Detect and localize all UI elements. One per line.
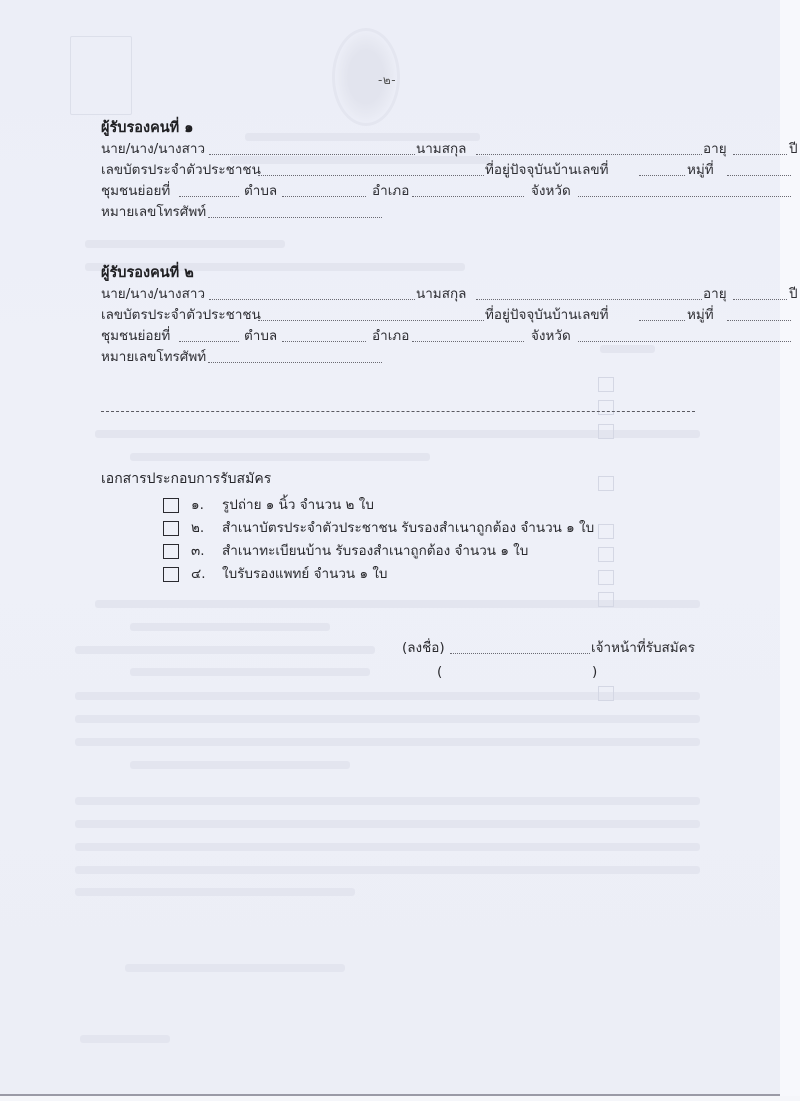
phone-label: หมายเลขโทรศัพท์ <box>101 347 206 368</box>
community-label: ชุมชนย่อยที่ <box>101 326 170 347</box>
ghost-text <box>75 738 700 746</box>
province-field[interactable] <box>578 341 791 342</box>
ghost-text <box>75 646 375 654</box>
address-label: ที่อยู่ปัจจุบันบ้านเลขที่ <box>485 305 609 326</box>
signature-field[interactable] <box>450 653 590 654</box>
document-text: รูปถ่าย ๑ นิ้ว จำนวน ๒ ใบ <box>222 495 374 516</box>
ghost-text <box>130 453 430 461</box>
ghost-text <box>130 623 330 631</box>
community-field[interactable] <box>179 341 239 342</box>
district-field[interactable] <box>412 196 524 197</box>
subdistrict-label: ตำบล <box>244 181 277 202</box>
district-label: อำเภอ <box>372 326 409 347</box>
checkbox[interactable] <box>163 567 179 582</box>
name-row: นาย/นาง/นางสาว นามสกุล อายุ ปี <box>101 139 194 160</box>
checkbox[interactable] <box>163 521 179 536</box>
document-number: ๑. <box>191 495 204 516</box>
subdistrict-field[interactable] <box>282 341 366 342</box>
surname-label: นามสกุล <box>416 284 466 305</box>
id-label: เลขบัตรประจำตัวประชาชน <box>101 160 261 181</box>
ghost-checkbox <box>598 686 614 701</box>
page-number: -๒- <box>378 71 396 90</box>
subdistrict-label: ตำบล <box>244 326 277 347</box>
district-field[interactable] <box>412 341 524 342</box>
ghost-checkbox <box>598 570 614 585</box>
name-label: นาย/นาง/นางสาว <box>101 284 205 305</box>
ghost-text <box>75 866 700 874</box>
locality-row: ชุมชนย่อยที่ ตำบล อำเภอ จังหวัด <box>101 326 194 347</box>
documents-title: เอกสารประกอบการรับสมัคร <box>101 468 271 490</box>
ghost-text <box>600 345 655 353</box>
phone-field[interactable] <box>208 362 382 363</box>
ghost-checkbox <box>598 400 614 415</box>
ghost-text <box>130 668 370 676</box>
close-paren: ) <box>592 664 597 680</box>
village-label: หมู่ที่ <box>687 160 714 181</box>
age-field[interactable] <box>733 299 787 300</box>
district-label: อำเภอ <box>372 181 409 202</box>
ghost-text <box>75 820 700 828</box>
ghost-text <box>130 761 350 769</box>
community-field[interactable] <box>179 196 239 197</box>
checkbox[interactable] <box>163 544 179 559</box>
ghost-text <box>75 715 700 723</box>
document-number: ๒. <box>191 518 204 539</box>
subdistrict-field[interactable] <box>282 196 366 197</box>
document-number: ๔. <box>191 564 206 585</box>
surname-field[interactable] <box>476 299 702 300</box>
ghost-text <box>75 843 700 851</box>
province-field[interactable] <box>578 196 791 197</box>
endorser-2-section: ผู้รับรองคนที่ ๒ นาย/นาง/นางสาว นามสกุล … <box>101 262 194 368</box>
endorser-2-title: ผู้รับรองคนที่ ๒ <box>101 262 194 284</box>
ghost-checkbox <box>598 476 614 491</box>
village-field[interactable] <box>727 320 791 321</box>
age-field[interactable] <box>733 154 787 155</box>
ghost-text <box>85 240 285 248</box>
village-field[interactable] <box>727 175 791 176</box>
phone-row: หมายเลขโทรศัพท์ <box>101 347 194 368</box>
ghost-checkbox <box>598 547 614 562</box>
id-label: เลขบัตรประจำตัวประชาชน <box>101 305 261 326</box>
address-field[interactable] <box>639 175 685 176</box>
signature-role: เจ้าหน้าที่รับสมัคร <box>591 638 695 659</box>
ghost-checkbox <box>598 592 614 607</box>
name-row: นาย/นาง/นางสาว นามสกุล อายุ ปี <box>101 284 194 305</box>
locality-row: ชุมชนย่อยที่ ตำบล อำเภอ จังหวัด <box>101 181 194 202</box>
village-label: หมู่ที่ <box>687 305 714 326</box>
community-label: ชุมชนย่อยที่ <box>101 181 170 202</box>
name-label: นาย/นาง/นางสาว <box>101 139 205 160</box>
phone-row: หมายเลขโทรศัพท์ <box>101 202 194 223</box>
ghost-text <box>75 797 700 805</box>
phone-field[interactable] <box>208 217 382 218</box>
id-field[interactable] <box>258 320 484 321</box>
id-row: เลขบัตรประจำตัวประชาชน ที่อยู่ปัจจุบันบ้… <box>101 305 194 326</box>
document-text: สำเนาบัตรประจำตัวประชาชน รับรองสำเนาถูกต… <box>222 518 594 539</box>
endorser-1-section: ผู้รับรองคนที่ ๑ นาย/นาง/นางสาว นามสกุล … <box>101 117 194 223</box>
document-text: ใบรับรองแพทย์ จำนวน ๑ ใบ <box>222 564 387 585</box>
endorser-1-title: ผู้รับรองคนที่ ๑ <box>101 117 194 139</box>
document-number: ๓. <box>191 541 205 562</box>
id-field[interactable] <box>258 175 484 176</box>
surname-label: นามสกุล <box>416 139 466 160</box>
signature-label: (ลงชื่อ) <box>402 638 445 659</box>
age-unit: ปี <box>789 284 798 305</box>
ghost-text <box>125 964 345 972</box>
ghost-checkbox <box>598 524 614 539</box>
open-paren: ( <box>437 664 442 680</box>
age-label: อายุ <box>703 139 727 160</box>
address-label: ที่อยู่ปัจจุบันบ้านเลขที่ <box>485 160 609 181</box>
ghost-checkbox <box>598 424 614 439</box>
province-label: จังหวัด <box>531 181 571 202</box>
age-label: อายุ <box>703 284 727 305</box>
name-field[interactable] <box>209 154 415 155</box>
document-text: สำเนาทะเบียนบ้าน รับรองสำเนาถูกต้อง จำนว… <box>222 541 528 562</box>
ghost-photo-box <box>70 36 132 115</box>
phone-label: หมายเลขโทรศัพท์ <box>101 202 206 223</box>
checkbox[interactable] <box>163 498 179 513</box>
id-row: เลขบัตรประจำตัวประชาชน ที่อยู่ปัจจุบันบ้… <box>101 160 194 181</box>
address-field[interactable] <box>639 320 685 321</box>
ghost-text <box>75 888 355 896</box>
province-label: จังหวัด <box>531 326 571 347</box>
age-unit: ปี <box>789 139 798 160</box>
ghost-text <box>80 1035 170 1043</box>
ghost-checkbox <box>598 377 614 392</box>
surname-field[interactable] <box>476 154 702 155</box>
section-divider <box>101 411 695 412</box>
name-field[interactable] <box>209 299 415 300</box>
scan-margin-bottom <box>0 1096 800 1101</box>
scan-edge-right <box>780 0 800 1101</box>
